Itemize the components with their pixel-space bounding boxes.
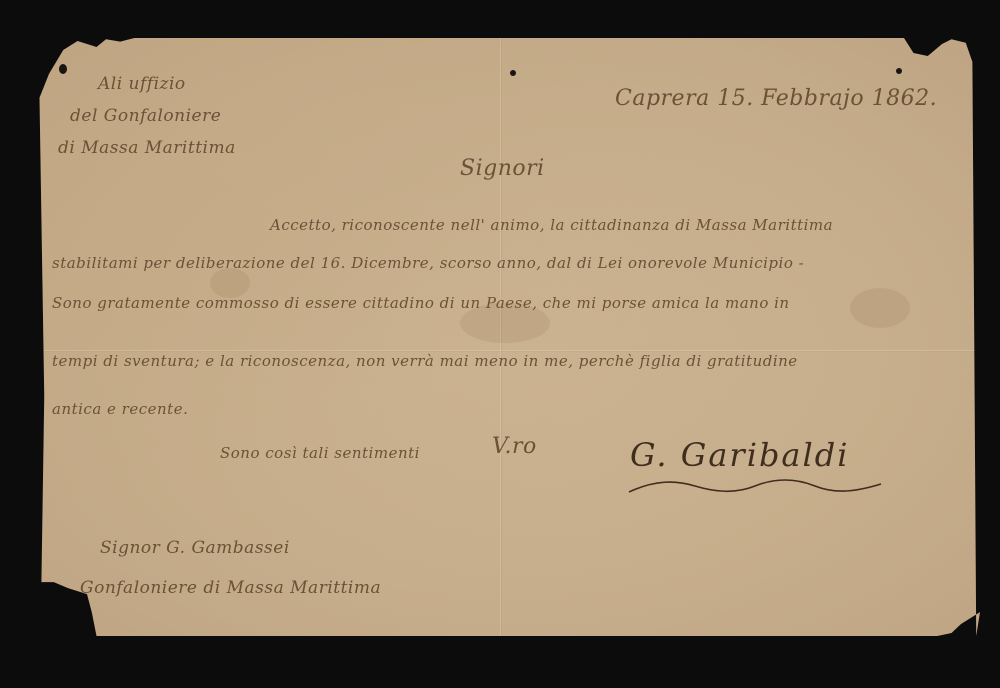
body-line-4: tempi di sventura; e la riconoscenza, no… (52, 352, 798, 370)
signature: G. Garibaldi (630, 436, 849, 474)
body-line-5: antica e recente. (52, 400, 188, 418)
dateline: Caprera 15. Febbrajo 1862. (615, 86, 937, 111)
pin-hole (510, 70, 516, 76)
body-line-1: Accetto, riconoscente nell' animo, la ci… (270, 216, 833, 234)
scan-background: Ali uffizio del Gonfaloniere di Massa Ma… (0, 0, 1000, 688)
addressee-line-1: Ali uffizio (98, 74, 186, 94)
addressee-line-3: di Massa Marittima (58, 138, 236, 158)
pin-hole (59, 64, 67, 74)
pin-hole (937, 639, 941, 643)
letter-paper: Ali uffizio del Gonfaloniere di Massa Ma… (30, 38, 980, 636)
paper-stain (850, 288, 910, 328)
pin-hole (896, 68, 902, 74)
recipient-line-2: Gonfaloniere di Massa Marittima (80, 578, 381, 598)
closing-text: Sono così tali sentimenti (220, 444, 420, 462)
addressee-line-2: del Gonfaloniere (70, 106, 221, 126)
recipient-line-1: Signor G. Gambassei (100, 538, 290, 558)
salutation: Signori (460, 156, 545, 181)
body-line-3: Sono gratamente commosso di essere citta… (52, 294, 790, 312)
body-line-2: stabilitami per deliberazione del 16. Di… (52, 254, 804, 272)
closing-abbreviation: V.ro (492, 434, 537, 459)
signature-flourish (625, 474, 885, 498)
